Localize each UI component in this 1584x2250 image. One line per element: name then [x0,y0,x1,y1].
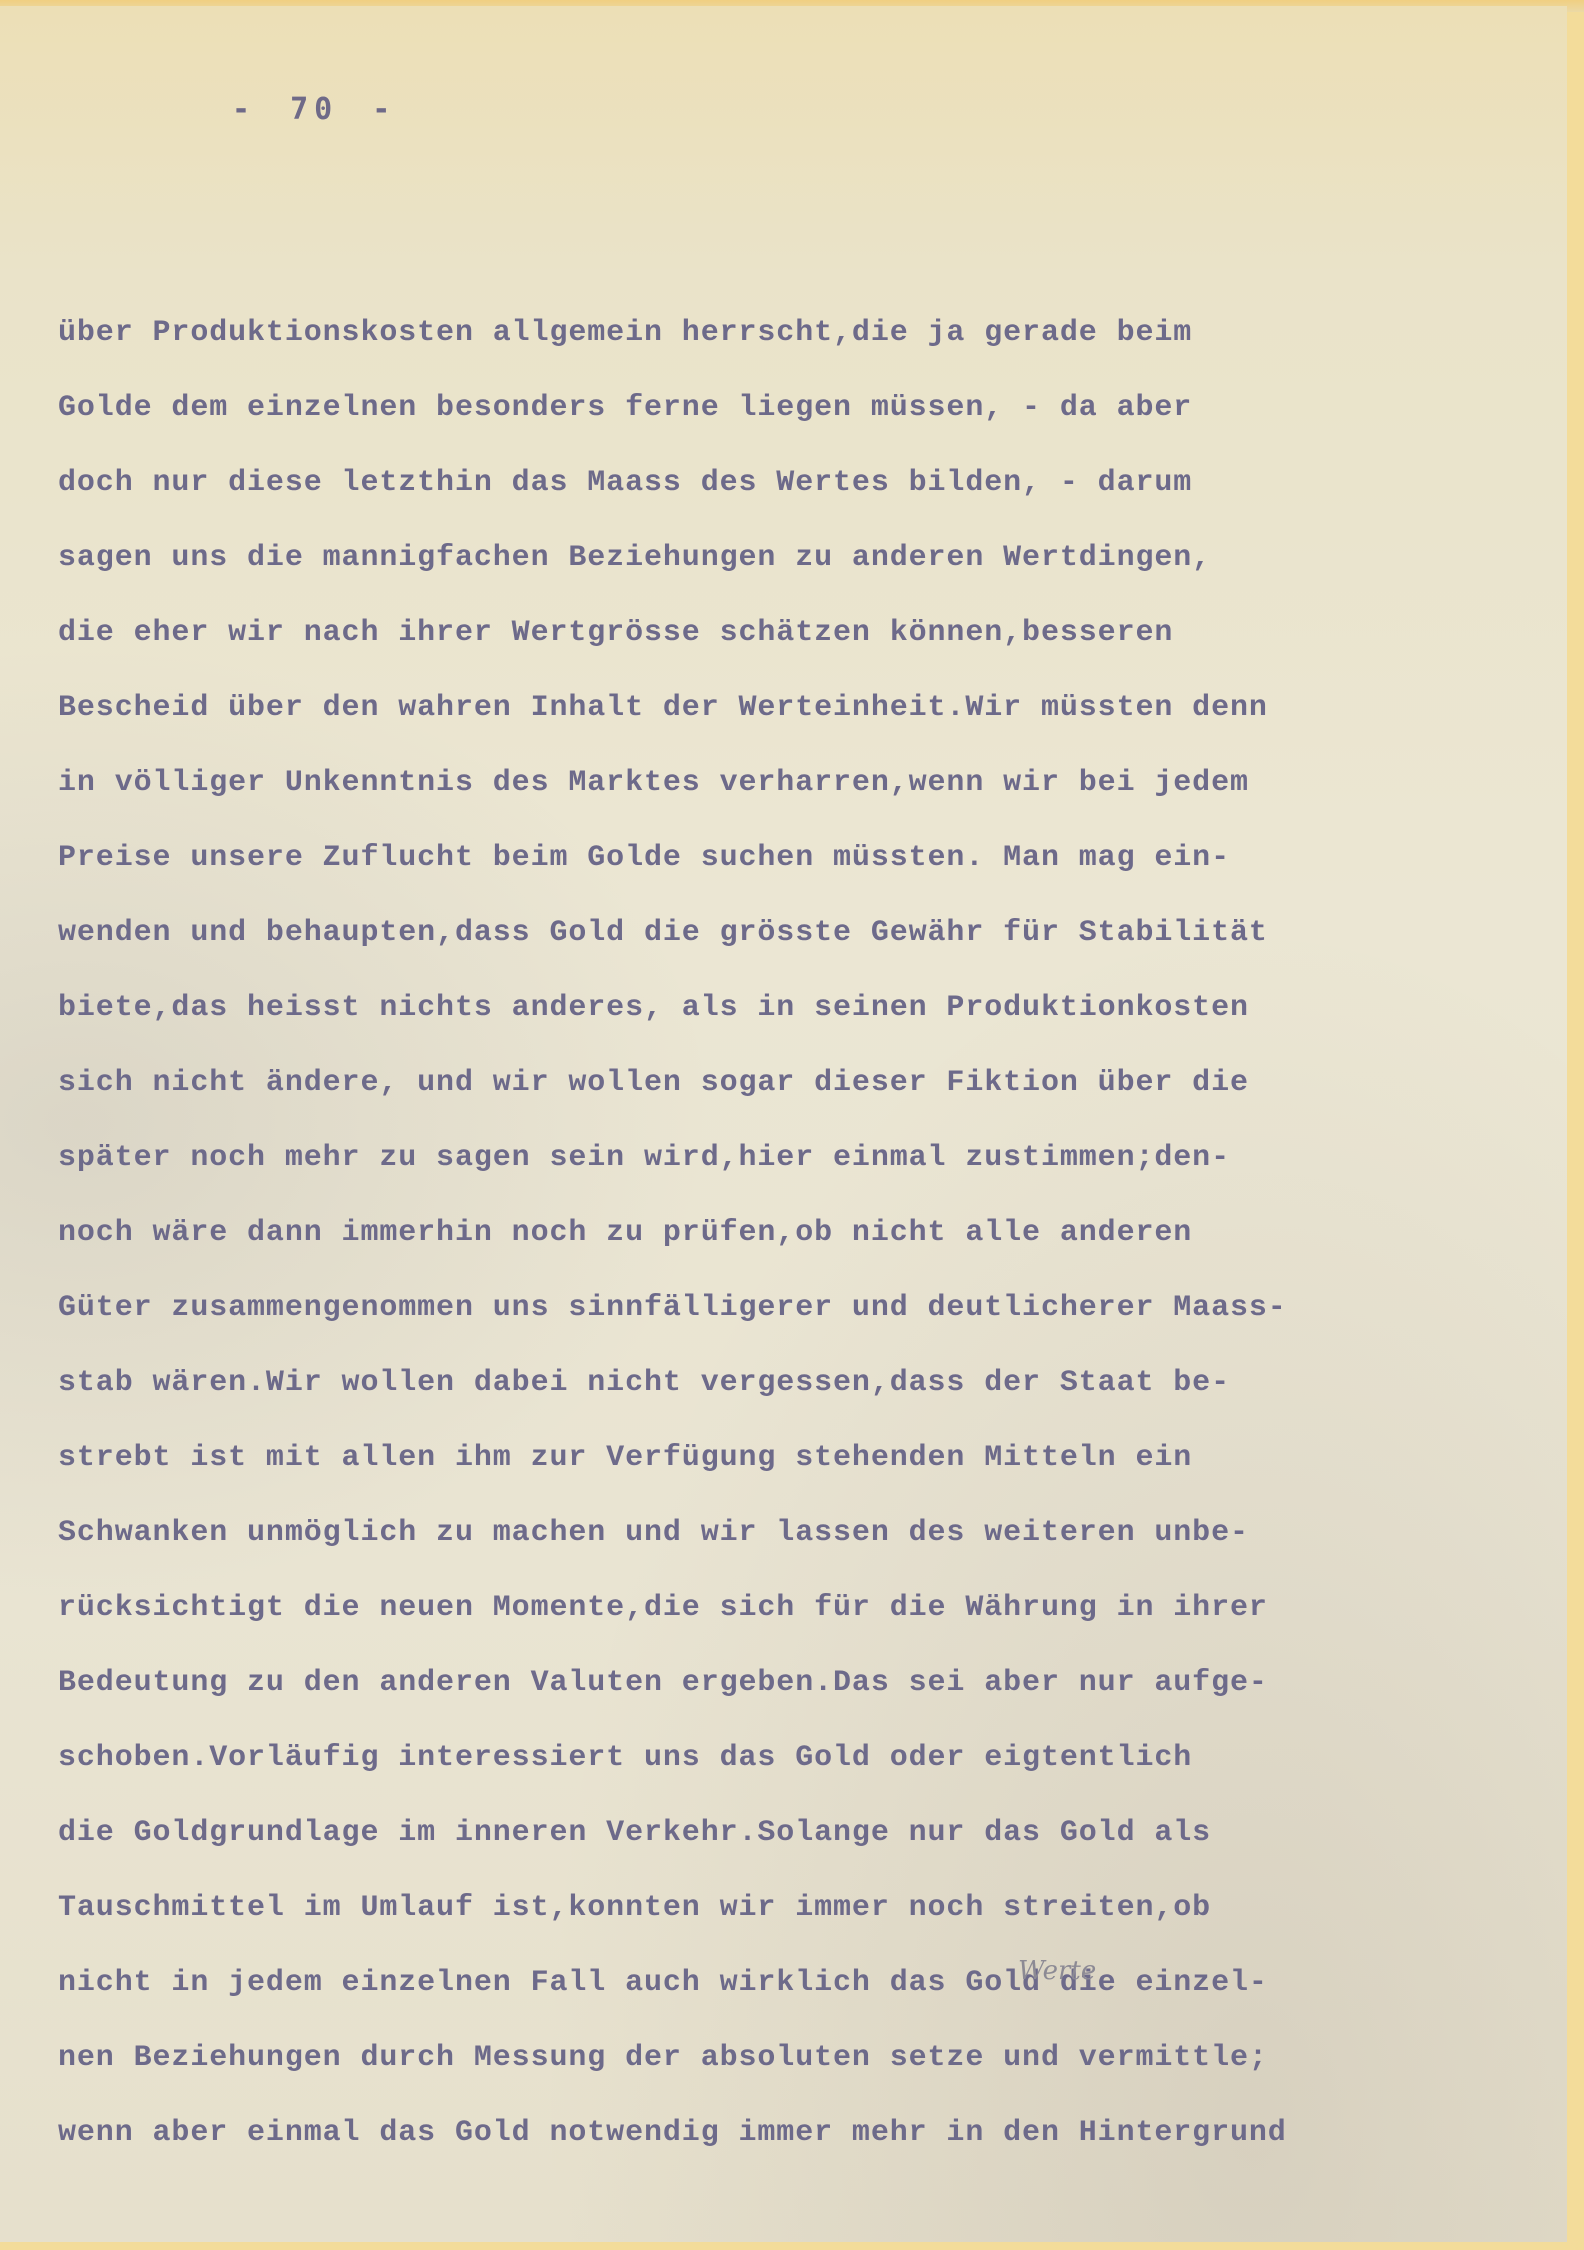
text-line: biete,das heisst nichts anderes, als in … [58,971,1538,1046]
text-line: sich nicht ändere, und wir wollen sogar … [58,1046,1538,1121]
text-line: strebt ist mit allen ihm zur Verfügung s… [58,1421,1538,1496]
text-line: noch wäre dann immerhin noch zu prüfen,o… [58,1196,1538,1271]
handwritten-annotation: Werte [1018,1956,1096,1986]
text-line: in völliger Unkenntnis des Marktes verha… [58,746,1538,821]
text-line: stab wären.Wir wollen dabei nicht verges… [58,1346,1538,1421]
typewritten-page: - 70 - über Produktionskosten allgemein … [0,6,1567,2242]
text-line: Bescheid über den wahren Inhalt der Wert… [58,671,1538,746]
page-number: - 70 - [232,92,396,127]
text-line: Schwanken unmöglich zu machen und wir la… [58,1496,1538,1571]
text-line: schoben.Vorläufig interessiert uns das G… [58,1721,1538,1796]
body-text: über Produktionskosten allgemein herrsch… [58,296,1538,2171]
text-line: wenn aber einmal das Gold notwendig imme… [58,2096,1538,2171]
text-line: über Produktionskosten allgemein herrsch… [58,296,1538,371]
text-line: Güter zusammengenommen uns sinnfälligere… [58,1271,1538,1346]
text-line: nen Beziehungen durch Messung der absolu… [58,2021,1538,2096]
text-line: wenden und behaupten,dass Gold die gröss… [58,896,1538,971]
text-line: die eher wir nach ihrer Wertgrösse schät… [58,596,1538,671]
text-line: sagen uns die mannigfachen Beziehungen z… [58,521,1538,596]
text-line: doch nur diese letzthin das Maass des We… [58,446,1538,521]
text-line: rücksichtigt die neuen Momente,die sich … [58,1571,1538,1646]
text-line: nicht in jedem einzelnen Fall auch wirkl… [58,1946,1538,2021]
text-line: Tauschmittel im Umlauf ist,konnten wir i… [58,1871,1538,1946]
text-line: Bedeutung zu den anderen Valuten ergeben… [58,1646,1538,1721]
text-line: Preise unsere Zuflucht beim Golde suchen… [58,821,1538,896]
text-line: Golde dem einzelnen besonders ferne lieg… [58,371,1538,446]
text-line: später noch mehr zu sagen sein wird,hier… [58,1121,1538,1196]
text-line: die Goldgrundlage im inneren Verkehr.Sol… [58,1796,1538,1871]
